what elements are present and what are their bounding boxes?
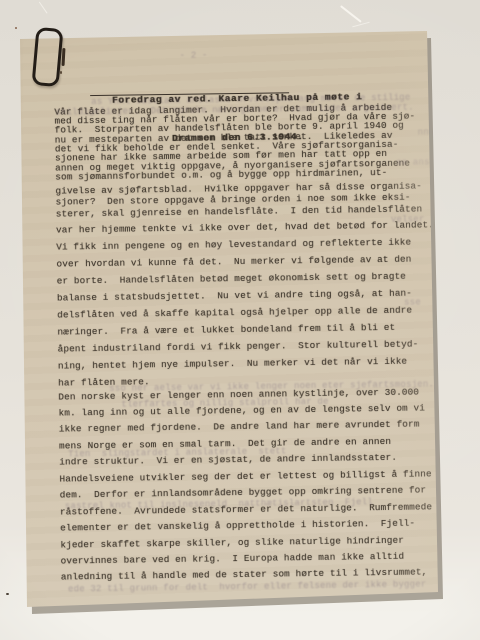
paragraph-4: Den norske kyst er lenger enn noen annen… (58, 384, 433, 587)
scratch-mark (38, 2, 47, 14)
ghost-line: - 2 - (180, 50, 208, 60)
scratch-mark (340, 5, 361, 22)
document-page: Foredrag av red. Kaare Keilhau på møte i… (0, 0, 480, 640)
paragraph-3: sterer, skal gjenreise en handelsflåte. … (56, 201, 436, 392)
dust-speck (6, 593, 9, 595)
dust-speck (15, 27, 17, 29)
ghost-line: sse (404, 297, 421, 307)
typewritten-content: Foredrag av red. Kaare Keilhau på møte i… (0, 0, 480, 640)
ghost-line: velser (391, 214, 425, 224)
paperclip (32, 27, 64, 87)
scratch-mark (352, 22, 370, 28)
photo-background: Foredrag av red. Kaare Keilhau på møte i… (0, 0, 480, 640)
ghost-layer: - 2 -as Ynnl sastlank antlasne mfvstespn… (0, 0, 476, 3)
ghost-line: se ansr (396, 157, 435, 168)
